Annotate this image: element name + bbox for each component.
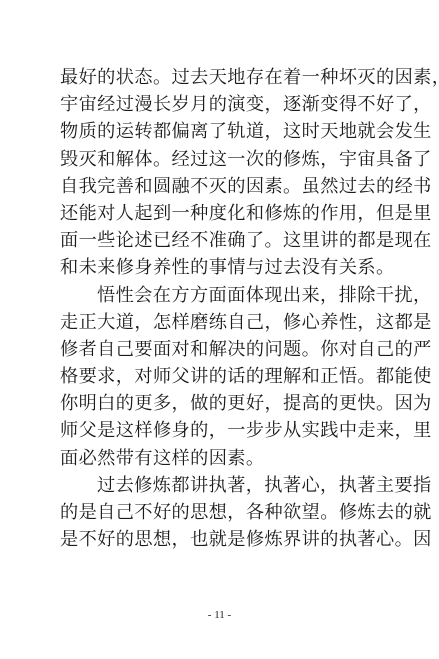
text-line: 修者自己要面对和解决的问题。你对自己的严 xyxy=(60,336,392,363)
text-line: 你明白的更多，做的更好，提高的更快。因为 xyxy=(60,390,392,417)
paragraph-start-line: 过去修炼都讲执著，执著心，执著主要指 xyxy=(60,472,392,499)
text-line: 走正大道，怎样磨练自己，修心养性，这都是 xyxy=(60,309,392,336)
text-line: 的是自己不好的思想，各种欲望。修炼去的就 xyxy=(60,499,392,526)
text-line: 面必然带有这样的因素。 xyxy=(60,445,392,472)
text-line: 师父是这样修身的，一步步从实践中走来，里 xyxy=(60,417,392,444)
text-line: 格要求，对师父讲的话的理解和正悟。都能使 xyxy=(60,363,392,390)
text-line: 最好的状态。过去天地存在着一种坏灭的因素， xyxy=(60,64,392,91)
text-line: 和未来修身养性的事情与过去没有关系。 xyxy=(60,254,392,281)
text-line: 物质的运转都偏离了轨道，这时天地就会发生 xyxy=(60,118,392,145)
page-number: - 11 - xyxy=(0,609,439,621)
text-line: 自我完善和圆融不灭的因素。虽然过去的经书 xyxy=(60,173,392,200)
text-line: 是不好的思想，也就是修炼界讲的执著心。因 xyxy=(60,526,392,553)
document-body: 最好的状态。过去天地存在着一种坏灭的因素， 宇宙经过漫长岁月的演变，逐渐变得不好… xyxy=(60,64,392,553)
text-line: 宇宙经过漫长岁月的演变，逐渐变得不好了， xyxy=(60,91,392,118)
paragraph-start-line: 悟性会在方方面面体现出来，排除干扰， xyxy=(60,282,392,309)
text-line: 毁灭和解体。经过这一次的修炼，宇宙具备了 xyxy=(60,146,392,173)
text-line: 还能对人起到一种度化和修炼的作用，但是里 xyxy=(60,200,392,227)
text-line: 面一些论述已经不准确了。这里讲的都是现在 xyxy=(60,227,392,254)
